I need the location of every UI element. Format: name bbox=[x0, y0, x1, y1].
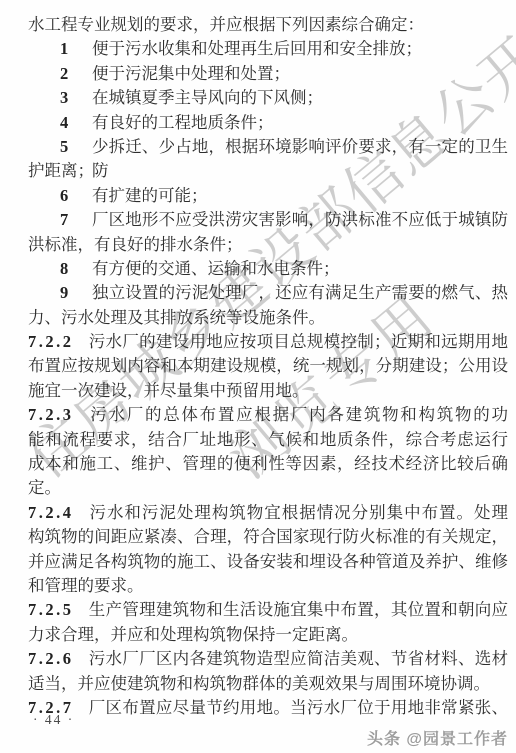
section-number: 7.2.4 bbox=[28, 503, 74, 522]
doc-line: 构筑物的间距应紧凑、合理，符合国家现行防火标准的有关规定， bbox=[28, 525, 508, 549]
section-text: 污水和污泥处理构筑物宜根据情况分别集中布置。处理 bbox=[89, 503, 509, 522]
doc-line: 布置应按规划内容和本期建设规模，统一规划，分期建设；公用设 bbox=[28, 354, 508, 378]
section-text: 厂区布置应尽量节约用地。当污水厂位于用地非常紧张、 bbox=[89, 698, 509, 717]
doc-line: 能和流程要求，结合厂址地形、气候和地质条件，综合考虑运行 bbox=[28, 428, 508, 452]
item-number: 6 bbox=[60, 184, 68, 208]
item-text: 有扩建的可能； bbox=[92, 186, 208, 205]
doc-line: 3在城镇夏季主导风向的下风侧； bbox=[28, 86, 508, 110]
item-number: 2 bbox=[60, 62, 68, 86]
doc-line: 水工程专业规划的要求，并应根据下列因素综合确定： bbox=[28, 13, 508, 37]
doc-line: 7.2.4污水和污泥处理构筑物宜根据情况分别集中布置。处理 bbox=[28, 501, 508, 525]
doc-line: 8有方便的交通、运输和水电条件； bbox=[28, 257, 508, 281]
section-text: 生产管理建筑物和生活设施宜集中布置，其位置和朝向应 bbox=[89, 600, 509, 619]
doc-line: 7.2.2污水厂的建设用地应按项目总规模控制；近期和远期用地 bbox=[28, 330, 508, 354]
section-number: 7.2.3 bbox=[28, 405, 74, 424]
doc-line: 定。 bbox=[28, 476, 508, 500]
doc-line: 7.2.7厂区布置应尽量节约用地。当污水厂位于用地非常紧张、 bbox=[28, 696, 508, 720]
section-number: 7.2.2 bbox=[28, 332, 74, 351]
item-text: 便于污泥集中处理和处置； bbox=[92, 64, 290, 83]
doc-line: 适当，并应使建筑物和构筑物群体的美观效果与周围环境协调。 bbox=[28, 672, 508, 696]
doc-line: 9独立设置的污泥处理厂，还应有满足生产需要的燃气、热 bbox=[28, 281, 508, 305]
section-text: 污水厂的总体布置应根据厂内各建筑物和构筑物的功 bbox=[89, 405, 509, 424]
item-number: 4 bbox=[60, 111, 68, 135]
item-text: 有方便的交通、运输和水电条件； bbox=[92, 259, 340, 278]
item-text: 有良好的工程地质条件； bbox=[92, 113, 274, 132]
doc-line: 施宜一次建设，并尽量集中预留用地。 bbox=[28, 379, 508, 403]
item-text: 便于污水收集和处理再生后回用和安全排放； bbox=[92, 39, 422, 58]
doc-line: 7厂区地形不应受洪涝灾害影响，防洪标准不应低于城镇防 bbox=[28, 208, 508, 232]
item-number: 7 bbox=[60, 208, 68, 232]
item-text: 在城镇夏季主导风向的下风侧； bbox=[92, 88, 323, 107]
item-text: 独立设置的污泥处理厂，还应有满足生产需要的燃气、热 bbox=[92, 283, 508, 302]
section-text: 污水厂的建设用地应按项目总规模控制；近期和远期用地 bbox=[89, 332, 509, 351]
item-number: 8 bbox=[60, 257, 68, 281]
doc-line: 并应满足各构筑物的施工、设备安装和埋设各种管道及养护、维修 bbox=[28, 550, 508, 574]
doc-line: 护距离； bbox=[28, 159, 508, 183]
section-number: 7.2.5 bbox=[28, 600, 74, 619]
document-page: 住房城乡建设部信息公开 浏览专用 水工程专业规划的要求，并应根据下列因素综合确定… bbox=[0, 0, 516, 753]
doc-line: 4有良好的工程地质条件； bbox=[28, 111, 508, 135]
doc-line: 1便于污水收集和处理再生后回用和安全排放； bbox=[28, 37, 508, 61]
item-number: 3 bbox=[60, 86, 68, 110]
item-number: 1 bbox=[60, 37, 68, 61]
section-number: 7.2.6 bbox=[28, 649, 74, 668]
doc-line: 6有扩建的可能； bbox=[28, 184, 508, 208]
item-text: 厂区地形不应受洪涝灾害影响，防洪标准不应低于城镇防 bbox=[92, 210, 508, 229]
doc-line: 成本和施工、维护、管理的便利性等因素，经技术经济比较后确 bbox=[28, 452, 508, 476]
page-number: · 44 · bbox=[33, 712, 74, 728]
item-number: 9 bbox=[60, 281, 68, 305]
doc-line: 7.2.6污水厂厂区内各建筑物造型应简洁美观、节省材料、选材 bbox=[28, 647, 508, 671]
item-number: 5 bbox=[60, 135, 68, 159]
doc-line: 7.2.3污水厂的总体布置应根据厂内各建筑物和构筑物的功 bbox=[28, 403, 508, 427]
doc-line: 2便于污泥集中处理和处置； bbox=[28, 62, 508, 86]
doc-line: 5少拆迁、少占地，根据环境影响评价要求，有一定的卫生防 bbox=[28, 135, 508, 159]
credit-watermark: 头条 @园景工作者 bbox=[367, 726, 508, 749]
document-text-block: 水工程专业规划的要求，并应根据下列因素综合确定： 1便于污水收集和处理再生后回用… bbox=[28, 13, 508, 720]
doc-line: 和管理的要求。 bbox=[28, 574, 508, 598]
doc-line: 力求合理，并应和处理构筑物保持一定距离。 bbox=[28, 623, 508, 647]
section-text: 污水厂厂区内各建筑物造型应简洁美观、节省材料、选材 bbox=[89, 649, 509, 668]
doc-line: 力、污水处理及其排放系统等设施条件。 bbox=[28, 306, 508, 330]
doc-line: 7.2.5生产管理建筑物和生活设施宜集中布置，其位置和朝向应 bbox=[28, 598, 508, 622]
doc-line: 洪标准，有良好的排水条件； bbox=[28, 233, 508, 257]
